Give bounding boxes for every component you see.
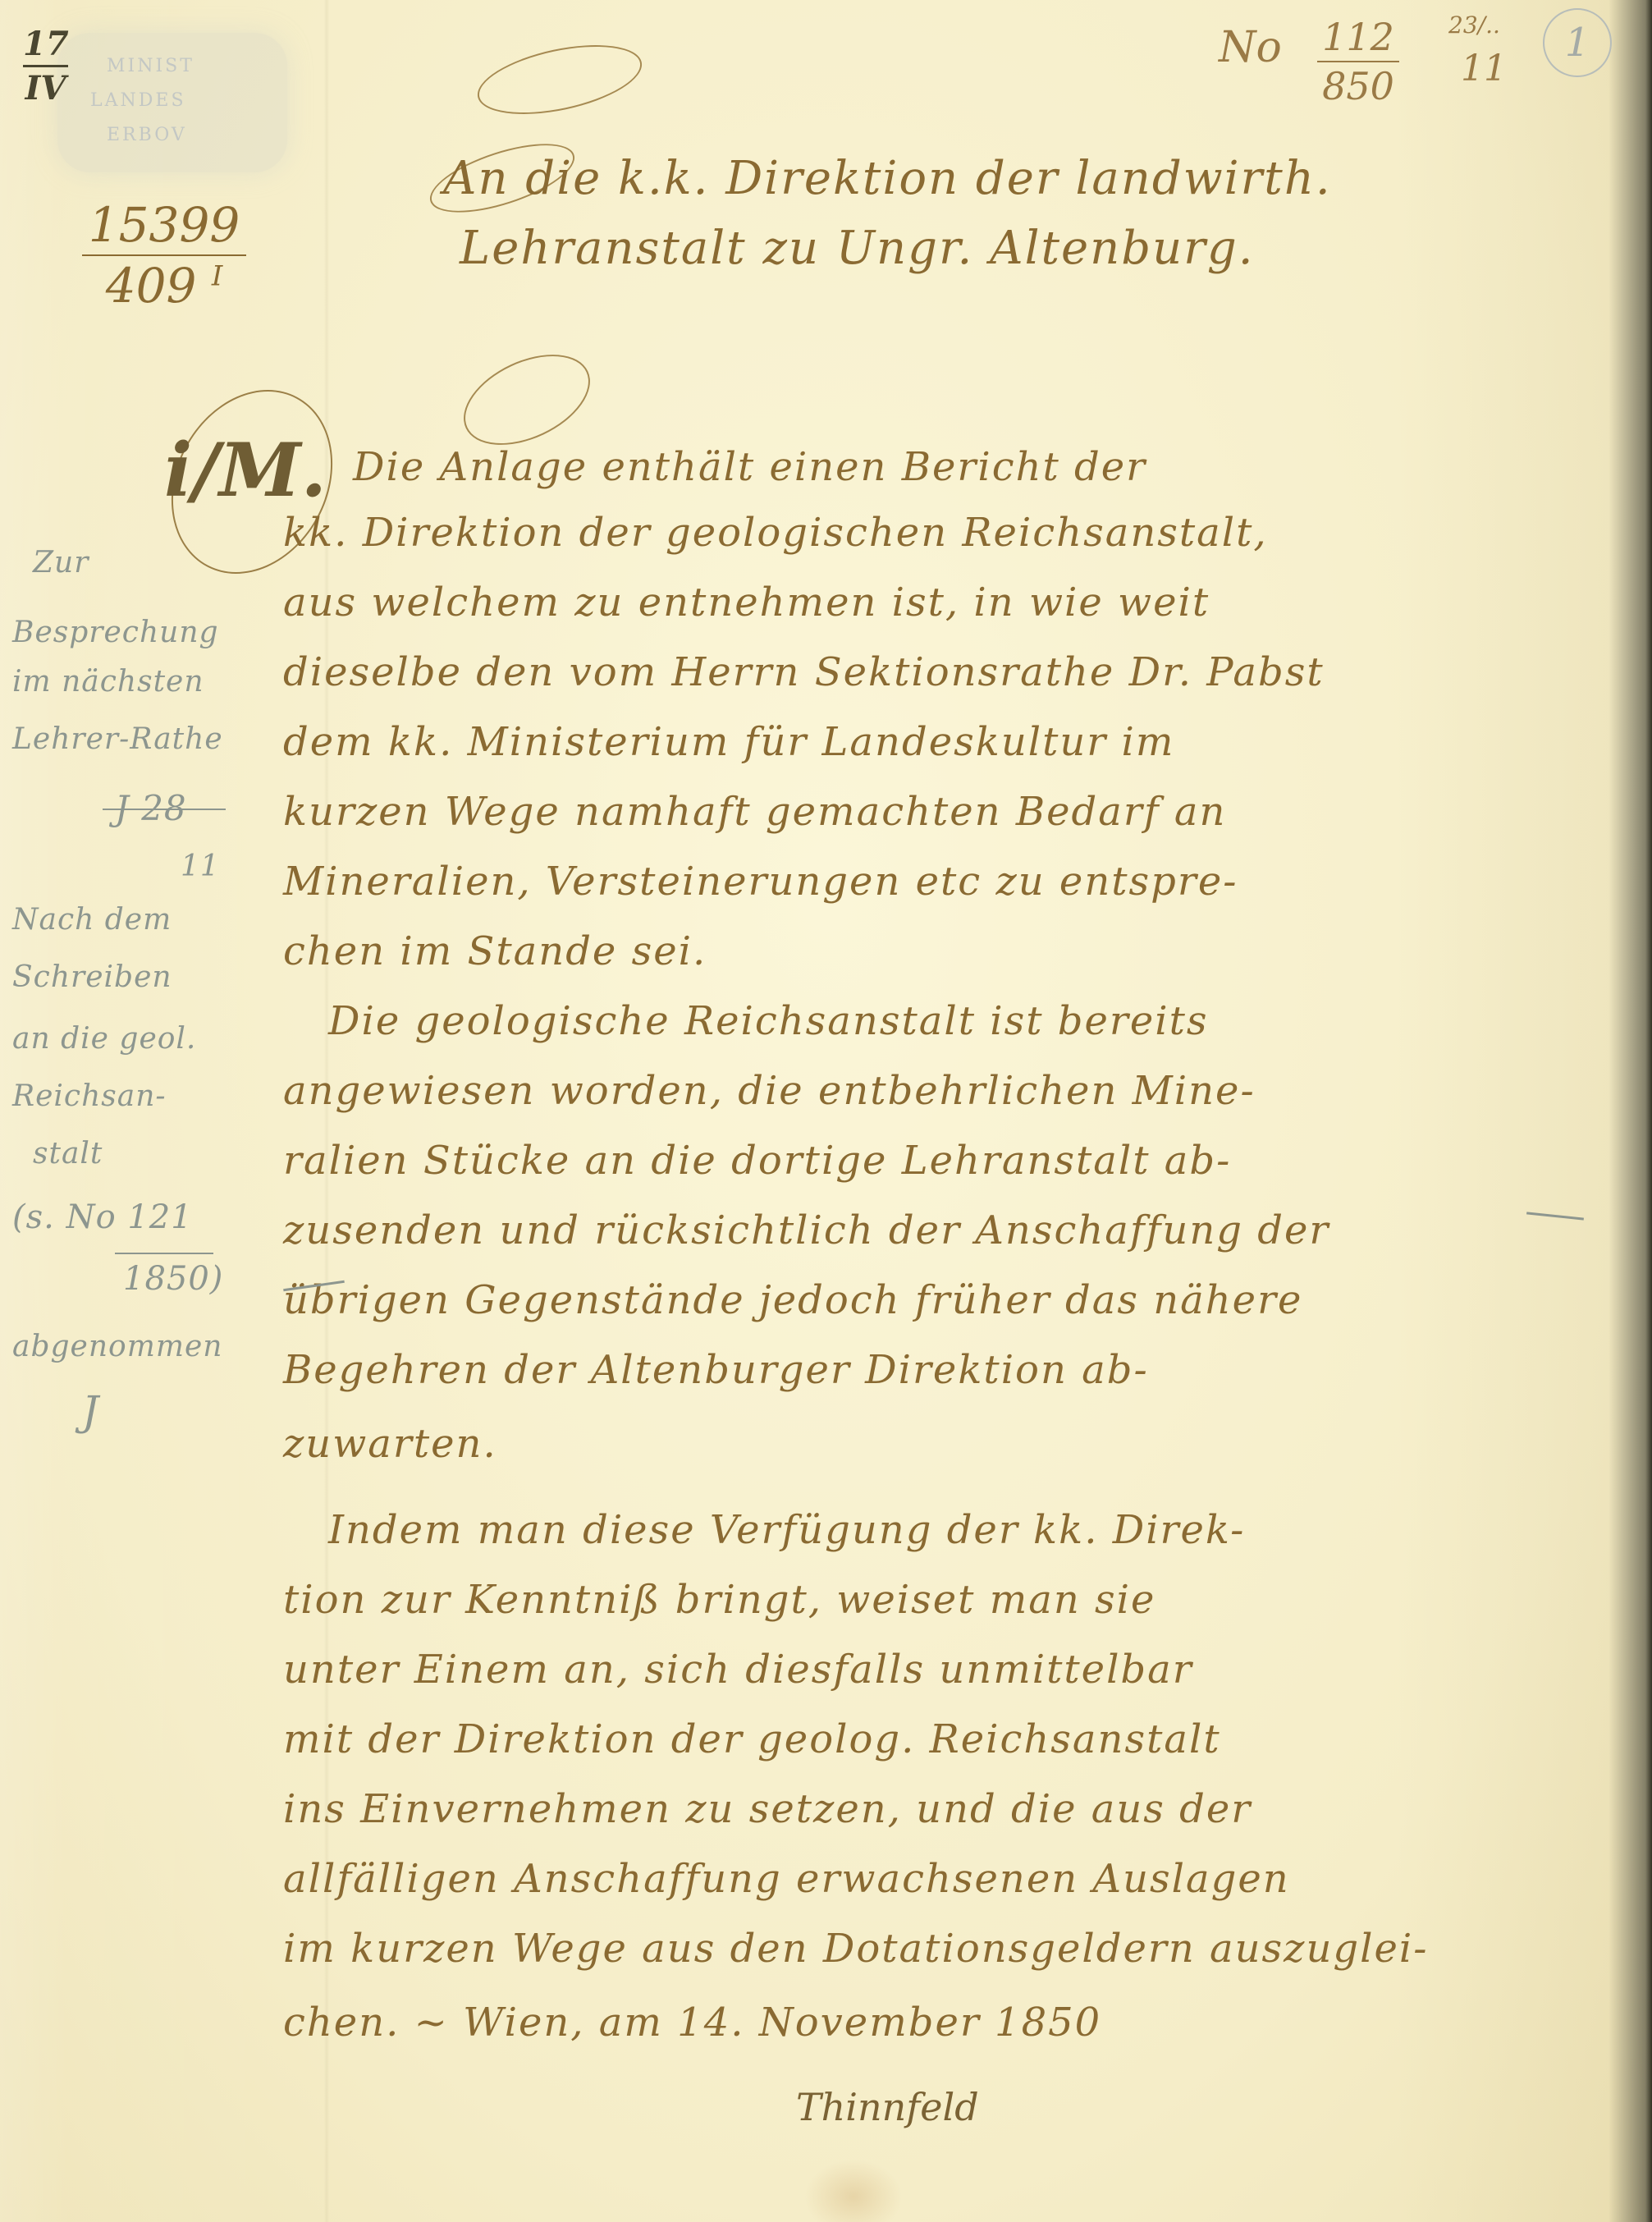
paper-stain [804,2159,903,2222]
document-page: MINIST LANDES ERBOV 17 IV 15399 409 I No… [0,0,1652,2222]
body-line: Die Anlage enthält einen Bericht der [353,447,1146,487]
body-line: chen. ~ Wien, am 14. November 1850 [283,2003,1101,2042]
signature: Thinnfeld [796,2085,979,2129]
body-line: im kurzen Wege aus den Dotationsgeldern … [283,1929,1428,1968]
margin-note-line: J [82,1387,99,1435]
body-line: unter Einem an, sich diesfalls unmittelb… [283,1650,1193,1689]
margin-note-line: stalt [33,1137,103,1171]
registry-date-day: 23/.. [1448,11,1500,39]
registry-denominator: 850 [1317,64,1399,108]
margin-note-line: Schreiben [12,960,172,994]
registry-date-month: 11 [1461,48,1507,89]
address-line-1: An die k.k. Direktion der landwirth. [443,156,1332,202]
paraph-initials: i/M. [164,427,327,514]
stamp-line-1: MINIST [107,56,194,76]
body-line: Die geologische Reichsanstalt ist bereit… [328,1001,1209,1041]
margin-note-line: Besprechung [12,616,219,649]
body-line: Mineralien, Versteinerungen etc zu entsp… [283,862,1238,901]
margin-note-line: abgenommen [12,1330,222,1363]
body-line: allfälligen Anschaffung erwachsenen Ausl… [283,1859,1290,1899]
page-number-circled: 1 [1543,8,1612,77]
stamp-line-2: LANDES [90,90,186,111]
body-line: Begehren der Altenburger Direktion ab- [283,1350,1149,1390]
margin-note-line: (s. No 121 [12,1198,193,1236]
margin-note-line: Zur [33,546,89,580]
margin-note-line: im nächsten [12,665,204,699]
body-line: mit der Direktion der geolog. Reichsanst… [283,1720,1221,1759]
reference-denominator-value: 409 [106,258,197,314]
body-line: ins Einvernehmen zu setzen, und die aus … [283,1789,1252,1829]
body-line: Indem man diese Verfügung der kk. Direk- [328,1510,1245,1550]
body-line: zuwarten. [283,1424,497,1464]
fraction-bar [1317,61,1399,62]
reference-suffix: I [212,260,222,293]
body-line: ralien Stücke an die dortige Lehranstalt… [283,1141,1231,1180]
folio-numerator: 17 [23,25,68,63]
reference-number: 15399 409 I [82,197,246,314]
margin-note-line: Lehrer-Rathe [12,722,223,756]
fraction-bar [103,809,226,810]
margin-note-line: Nach dem [12,903,172,937]
body-line: dieselbe den vom Herrn Sektionsrathe Dr.… [283,653,1325,692]
body-line: aus welchem zu entnehmen ist, in wie wei… [283,583,1210,622]
address-line-2: Lehranstalt zu Ungr. Altenburg. [460,226,1255,272]
body-line: kk. Direktion der geologischen Reichsans… [283,513,1268,552]
registry-numerator: 112 [1317,15,1399,59]
pencil-underline [1526,1212,1584,1220]
fraction-bar [23,65,68,67]
stamp-line-3: ERBOV [107,125,187,145]
ministry-stamp: MINIST LANDES ERBOV [57,33,287,172]
body-line: übrigen Gegenstände jedoch früher das nä… [283,1281,1302,1320]
margin-note-line: 11 [181,850,220,883]
reference-numerator: 15399 [82,197,246,253]
margin-note-line: Reichsan- [12,1079,167,1113]
folio-mark: 17 IV [23,25,68,108]
margin-note-line: an die geol. [12,1022,196,1056]
flourish-ornament [472,33,648,127]
body-line: dem kk. Ministerium für Landeskultur im [283,722,1174,762]
reference-denominator: 409 I [82,258,246,314]
body-line: kurzen Wege namhaft gemachten Bedarf an [283,792,1226,832]
body-line: angewiesen worden, die entbehrlichen Min… [283,1071,1256,1111]
folio-denominator: IV [23,69,68,108]
body-line: tion zur Kenntniß bringt, weiset man sie [283,1580,1155,1620]
registry-prefix: No [1219,23,1282,72]
body-line: chen im Stande sei. [283,932,707,971]
fraction-bar [115,1253,213,1254]
margin-note-line: 1850) [123,1260,223,1298]
registry-number: 112 850 [1317,15,1399,108]
body-line: zusenden und rücksichtlich der Anschaffu… [283,1211,1329,1250]
fraction-bar [82,254,246,256]
